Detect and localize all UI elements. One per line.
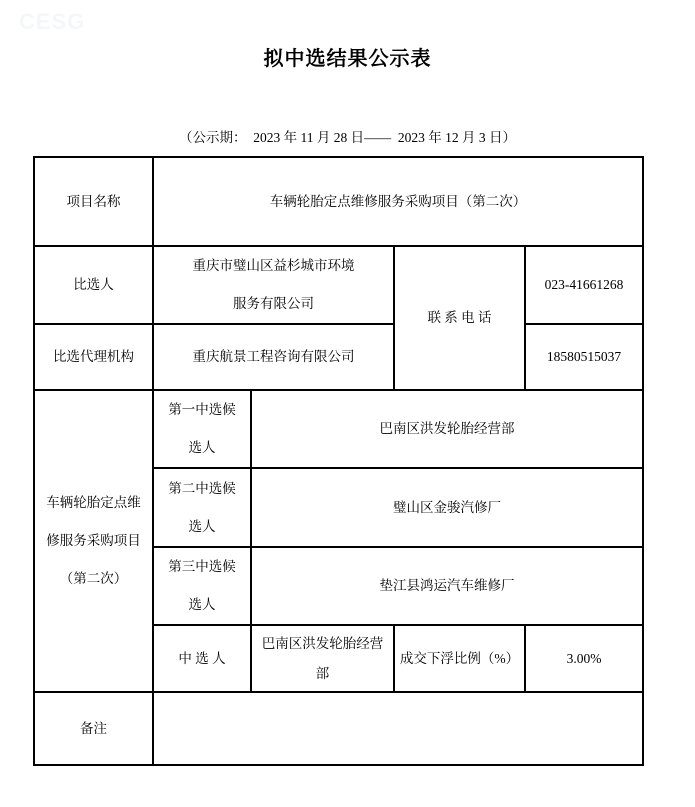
page-title: 拟中选结果公示表 <box>0 42 695 71</box>
bidder-value: 重庆市璧山区益杉城市环境 服务有限公司 <box>153 246 394 324</box>
bidder-label: 比选人 <box>34 246 153 324</box>
candidate-2-label: 第二中选候 选人 <box>153 468 251 547</box>
project-name-label: 项目名称 <box>34 157 153 246</box>
project-group-label: 车辆轮胎定点维 修服务采购项目 （第二次） <box>34 390 153 692</box>
candidate-2-value: 璧山区金骏汽修厂 <box>251 468 643 547</box>
publicity-period: （公示期： 2023 年 11 月 28 日—— 2023 年 12 月 3 日… <box>0 126 695 146</box>
row-remark: 备注 <box>34 692 643 765</box>
row-project-name: 项目名称 车辆轮胎定点维修服务采购项目（第二次） <box>34 157 643 246</box>
row-candidate-1: 车辆轮胎定点维 修服务采购项目 （第二次） 第一中选候 选人 巴南区洪发轮胎经营… <box>34 390 643 468</box>
agency-phone: 18580515037 <box>525 324 643 390</box>
bidder-phone: 023-41661268 <box>525 246 643 324</box>
watermark: CESG <box>19 9 85 35</box>
result-table: 项目名称 车辆轮胎定点维修服务采购项目（第二次） 比选人 重庆市璧山区益杉城市环… <box>33 156 644 766</box>
discount-label: 成交下浮比例（%） <box>394 625 525 692</box>
agency-label: 比选代理机构 <box>34 324 153 390</box>
contact-phone-label: 联 系 电 话 <box>394 246 525 390</box>
agency-value: 重庆航景工程咨询有限公司 <box>153 324 394 390</box>
winner-label: 中 选 人 <box>153 625 251 692</box>
row-agency: 比选代理机构 重庆航景工程咨询有限公司 18580515037 <box>34 324 643 390</box>
discount-value: 3.00% <box>525 625 643 692</box>
candidate-3-label: 第三中选候 选人 <box>153 547 251 625</box>
candidate-1-value: 巴南区洪发轮胎经营部 <box>251 390 643 468</box>
project-name-value: 车辆轮胎定点维修服务采购项目（第二次） <box>153 157 643 246</box>
document-page: CESG 拟中选结果公示表 （公示期： 2023 年 11 月 28 日—— 2… <box>0 0 695 807</box>
remark-label: 备注 <box>34 692 153 765</box>
row-bidder: 比选人 重庆市璧山区益杉城市环境 服务有限公司 联 系 电 话 023-4166… <box>34 246 643 324</box>
candidate-3-value: 垫江县鸿运汽车维修厂 <box>251 547 643 625</box>
winner-value: 巴南区洪发轮胎经营 部 <box>251 625 394 692</box>
remark-value <box>153 692 643 765</box>
candidate-1-label: 第一中选候 选人 <box>153 390 251 468</box>
